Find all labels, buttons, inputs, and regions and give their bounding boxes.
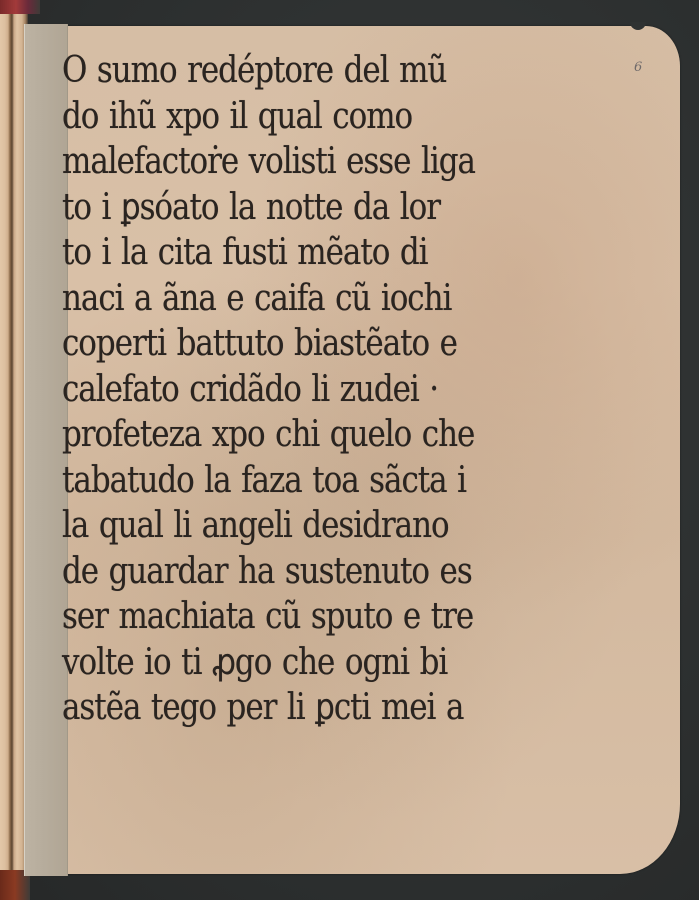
text-line: calefato cridãdo li zudei ·	[62, 367, 518, 413]
text-line: profeteza xpo chi quelo che	[62, 412, 518, 458]
text-line: malefactoṙe volisti esse liga	[62, 139, 518, 185]
text-line: astẽa tego per li ꝑcti mei a	[62, 685, 518, 731]
page-number: 6	[634, 60, 642, 75]
text-line: to i ꝑsóato la notte da lor	[62, 185, 518, 231]
text-line: volte io ti ꝓgo che ogni bi	[62, 640, 518, 686]
text-line: coperti battuto biastẽato e	[62, 321, 518, 367]
text-line: ser machiata cũ sputo e tre	[62, 594, 518, 640]
text-line: tabatudo la faza toa sãcta i	[62, 458, 518, 504]
text-line: naci a ãna e caifa cũ iochi	[62, 276, 518, 322]
text-line: to i la cita fusti mẽato di	[62, 230, 518, 276]
text-line: de guardar ha sustenuto es	[62, 549, 518, 595]
text-line: O sumo redéptore del mũ	[62, 48, 518, 94]
binding-cloth-top	[0, 0, 40, 14]
text-line: la qual li angeli desidrano	[62, 503, 518, 549]
text-block: O sumo redéptore del mũ do ihũ xpo il qu…	[62, 48, 592, 731]
text-line: do ihũ xpo il qual como	[62, 94, 518, 140]
